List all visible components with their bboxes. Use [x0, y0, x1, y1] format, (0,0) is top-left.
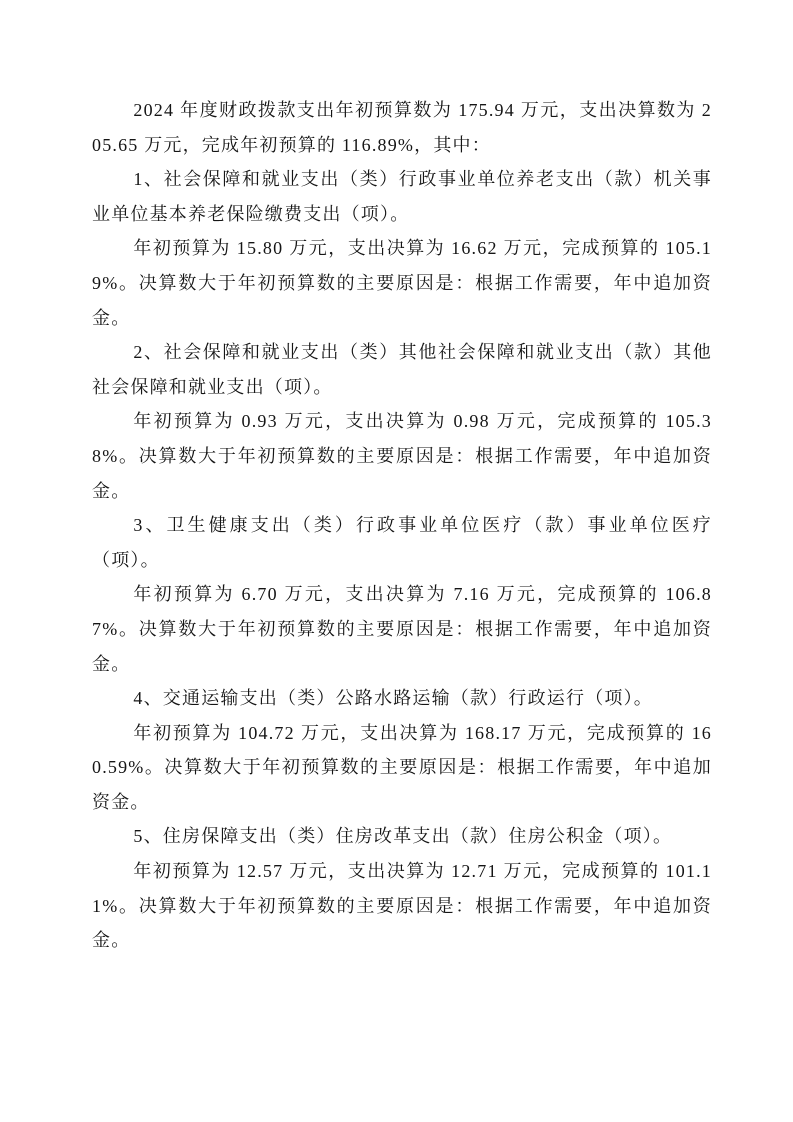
document-page: 2024 年度财政拨款支出年初预算数为 175.94 万元，支出决算数为 205…: [0, 0, 793, 1122]
paragraph-item4-detail: 年初预算为 104.72 万元，支出决算为 168.17 万元，完成预算的 16…: [92, 716, 712, 820]
paragraph-item1-title: 1、社会保障和就业支出（类）行政事业单位养老支出（款）机关事业单位基本养老保险缴…: [92, 162, 712, 231]
paragraph-item4-title: 4、交通运输支出（类）公路水路运输（款）行政运行（项）。: [92, 681, 712, 716]
paragraph-item3-title: 3、卫生健康支出（类）行政事业单位医疗（款）事业单位医疗（项）。: [92, 508, 712, 577]
paragraph-item2-detail: 年初预算为 0.93 万元，支出决算为 0.98 万元，完成预算的 105.38…: [92, 404, 712, 508]
paragraph-item5-detail: 年初预算为 12.57 万元，支出决算为 12.71 万元，完成预算的 101.…: [92, 854, 712, 958]
document-body: 2024 年度财政拨款支出年初预算数为 175.94 万元，支出决算数为 205…: [92, 93, 712, 958]
paragraph-summary: 2024 年度财政拨款支出年初预算数为 175.94 万元，支出决算数为 205…: [92, 93, 712, 162]
paragraph-item2-title: 2、社会保障和就业支出（类）其他社会保障和就业支出（款）其他社会保障和就业支出（…: [92, 335, 712, 404]
paragraph-item1-detail: 年初预算为 15.80 万元，支出决算为 16.62 万元，完成预算的 105.…: [92, 231, 712, 335]
paragraph-item5-title: 5、住房保障支出（类）住房改革支出（款）住房公积金（项）。: [92, 819, 712, 854]
paragraph-item3-detail: 年初预算为 6.70 万元，支出决算为 7.16 万元，完成预算的 106.87…: [92, 577, 712, 681]
